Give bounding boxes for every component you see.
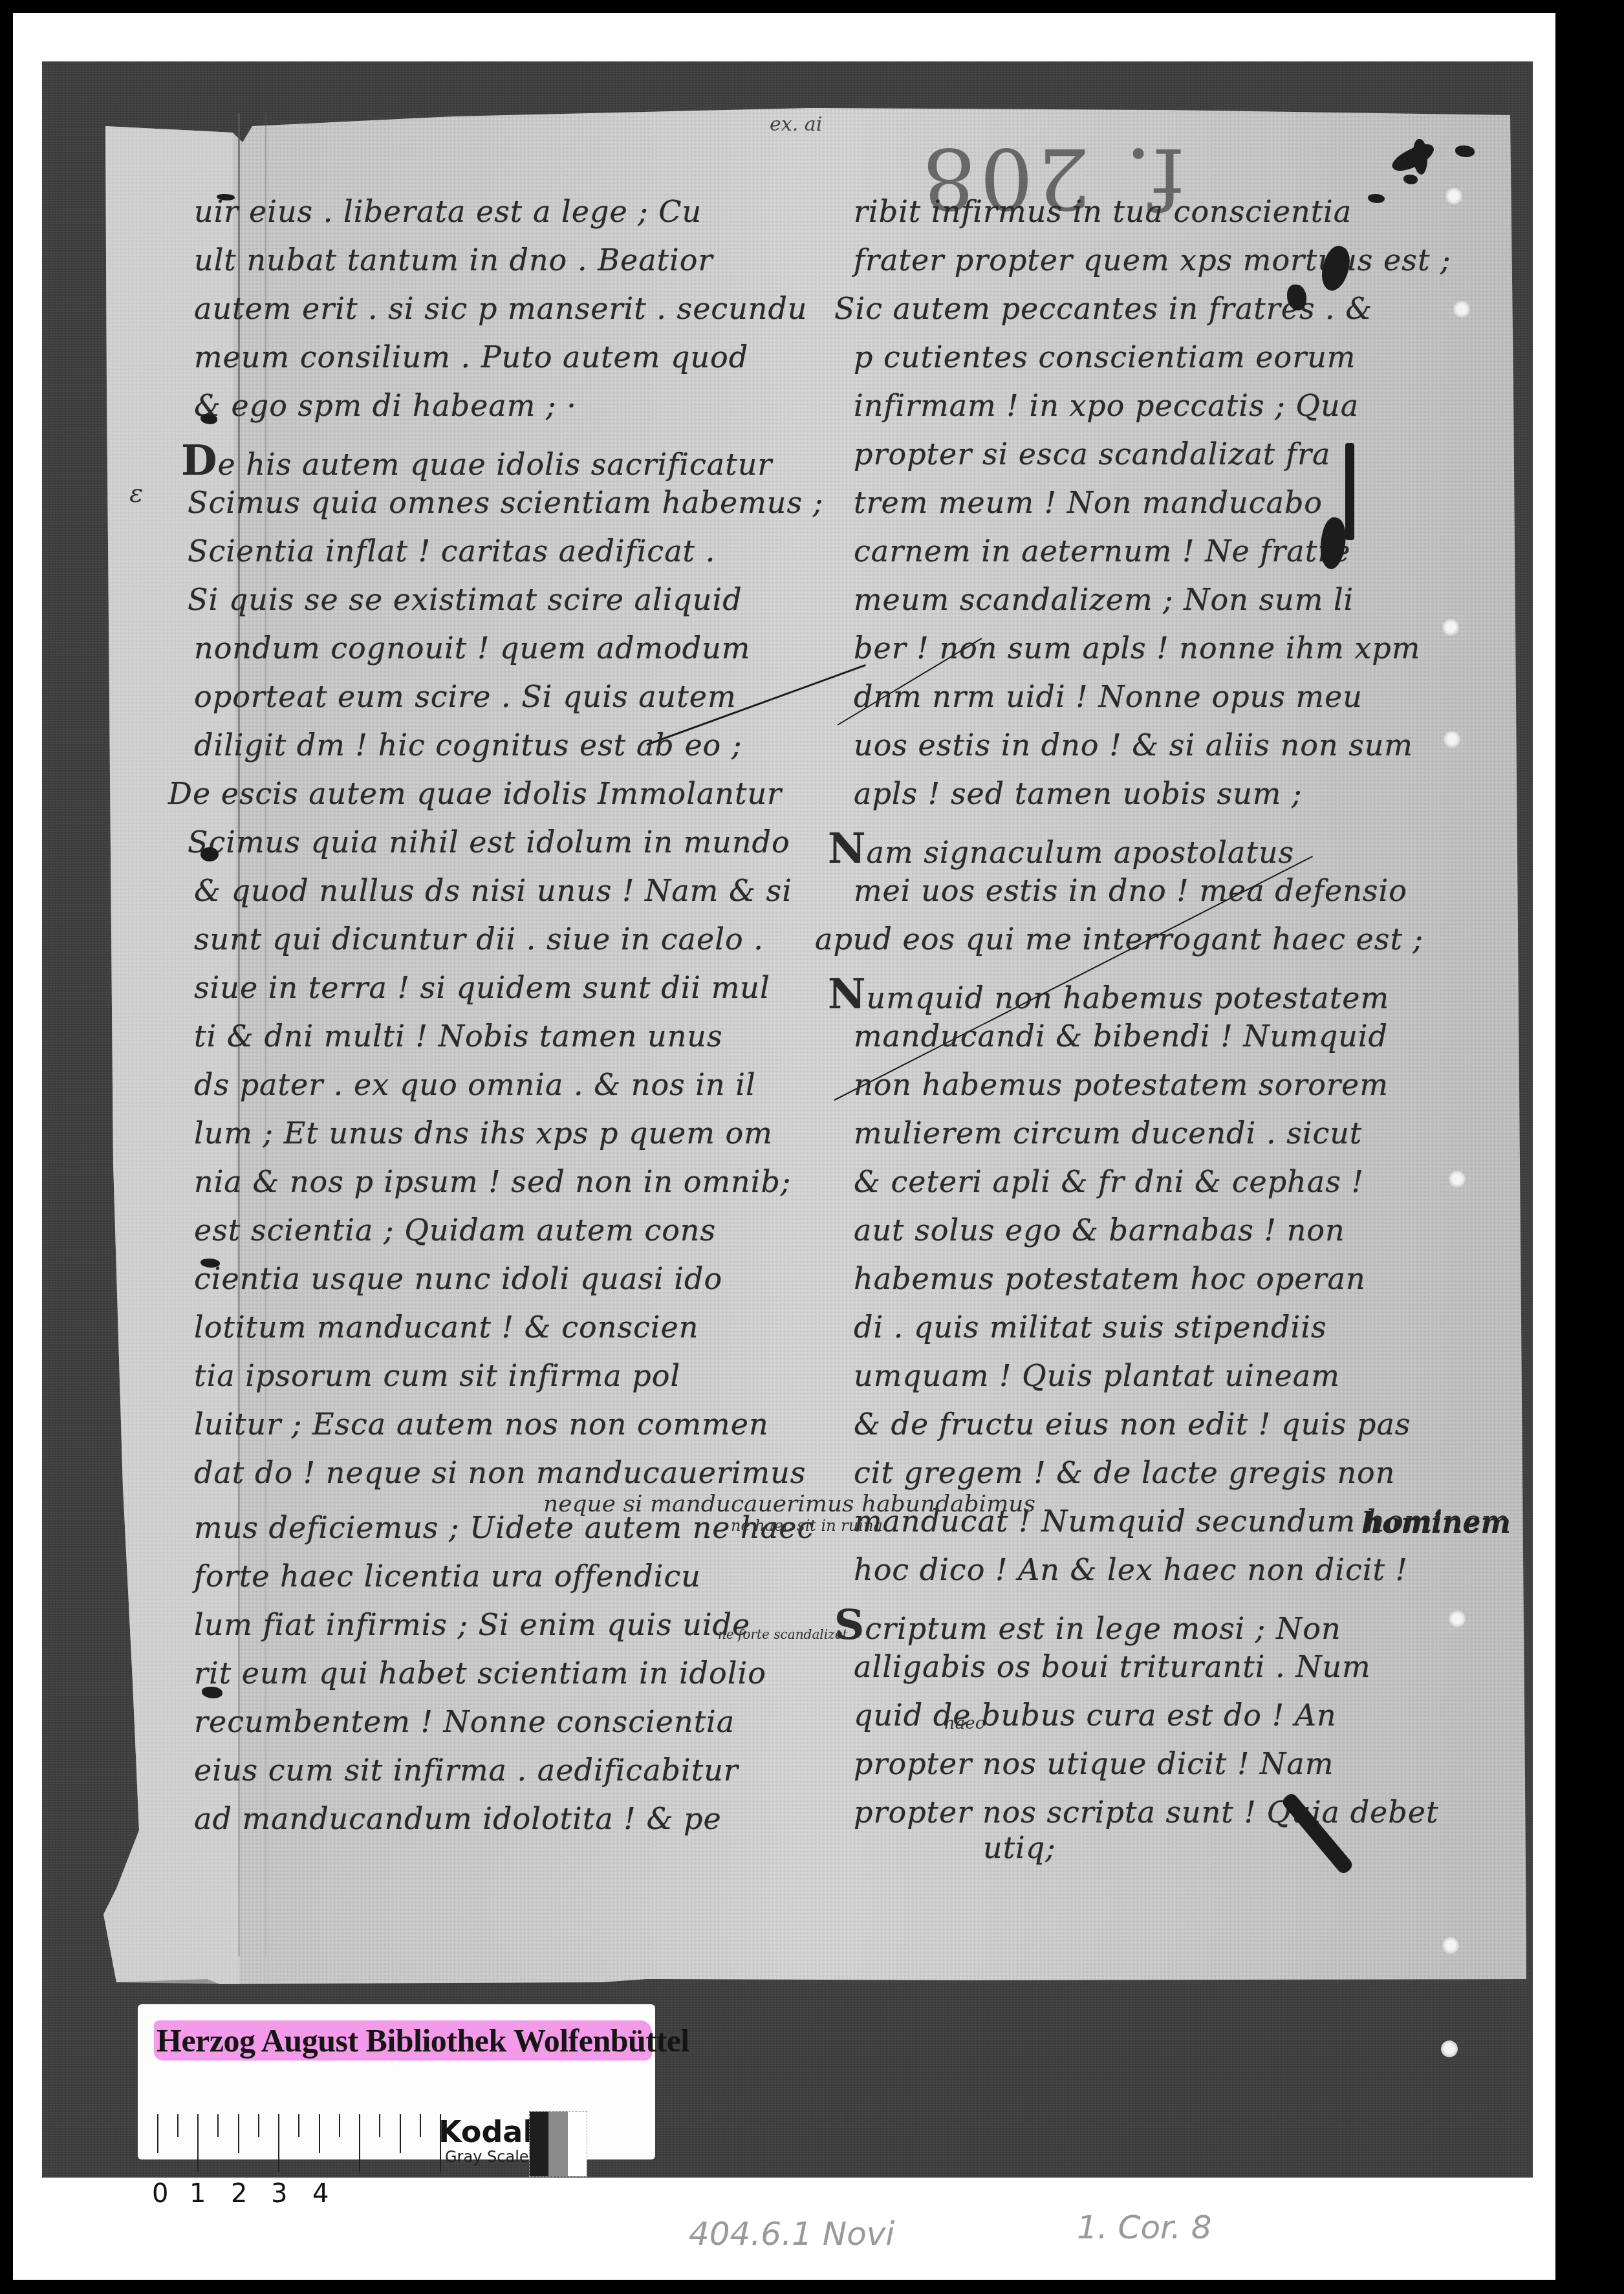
text-line: dnm nrm uidi ! Nonne opus meu xyxy=(854,679,1363,714)
interlinear-gloss: haec xyxy=(944,1714,984,1733)
text-line: & quod nullus ds nisi unus ! Nam & si xyxy=(194,873,792,908)
grayscale-swatch-mid xyxy=(548,2112,567,2176)
text-line: Scriptum est in lege mosi ; Non xyxy=(834,1601,1341,1649)
text-line: Scientia inflat ! caritas aedificat . xyxy=(188,534,715,568)
text-line: Numquid non habemus potestatem xyxy=(828,970,1389,1019)
text-line: De escis autem quae idolis Immolantur xyxy=(168,776,782,811)
text-line: Nam signaculum apostolatus xyxy=(828,825,1294,873)
text-line: Si quis se se existimat scire aliquid xyxy=(188,582,742,617)
text-line: propter nos scripta sunt ! Quia debet xyxy=(854,1795,1439,1830)
text-line: apls ! sed tamen uobis sum ; xyxy=(854,776,1303,811)
text-line: manducandi & bibendi ! Numquid xyxy=(854,1019,1388,1054)
text-line: ad manducandum idolotita ! & pe xyxy=(194,1801,722,1836)
text-line: siue in terra ! si quidem sunt dii mul xyxy=(194,970,770,1005)
ruler-label: 1 xyxy=(189,2179,206,2209)
text-line: rit eum qui habet scientiam in idolio xyxy=(194,1656,766,1691)
ruler-label: 3 xyxy=(271,2179,287,2209)
left-margin-mark: ε xyxy=(129,479,143,508)
text-line: di . quis militat suis stipendiis xyxy=(854,1310,1327,1345)
ruler-label: 0 xyxy=(152,2179,168,2209)
text-line: aut solus ego & barnabas ! non xyxy=(854,1213,1345,1248)
library-name: Herzog August Bibliothek Wolfenbüttel xyxy=(157,2022,689,2059)
text-line: lum ; Et unus dns ihs xps p quem om xyxy=(194,1116,773,1151)
kodak-logo: Kodak xyxy=(438,2114,543,2149)
ruler-scale: 0 1 2 3 4 xyxy=(157,2114,325,2172)
ink-blot xyxy=(200,847,219,861)
text-line: propter nos utique dicit ! Nam xyxy=(854,1746,1334,1781)
library-name-highlight: Herzog August Bibliothek Wolfenbüttel xyxy=(154,2020,652,2061)
ruler-label: 2 xyxy=(231,2179,247,2209)
right-margin-gloss: hominem xyxy=(1361,1507,1511,1540)
text-line: non habemus potestatem sororem xyxy=(854,1067,1389,1102)
text-line: lotitum manducant ! & conscien xyxy=(194,1310,698,1345)
text-line: Scimus quia omnes scientiam habemus ; xyxy=(188,485,823,520)
ink-blot xyxy=(1345,443,1354,540)
text-line: eius cum sit infirma . aedificabitur xyxy=(194,1753,739,1788)
library-scale-label: Herzog August Bibliothek Wolfenbüttel 0 … xyxy=(138,2004,655,2159)
text-line: uos estis in dno ! & si aliis non sum xyxy=(854,728,1413,763)
text-line: mulierem circum ducendi . sicut xyxy=(854,1116,1362,1151)
text-line: ult nubat tantum in dno . Beatior xyxy=(194,243,713,277)
text-line: autem erit . si sic p manserit . secundu xyxy=(194,291,807,326)
binding-hole xyxy=(1445,188,1462,204)
text-line: propter si esca scandalizat fra xyxy=(854,437,1330,471)
text-line: infirmam ! in xpo peccatis ; Qua xyxy=(854,388,1359,423)
text-line: ti & dni multi ! Nobis tamen unus xyxy=(194,1019,723,1054)
text-line: umquam ! Quis plantat uineam xyxy=(854,1358,1340,1393)
top-margin-mark: ex. ai xyxy=(770,113,822,136)
text-line: tia ipsorum cum sit infirma pol xyxy=(194,1358,680,1393)
binding-hole xyxy=(1453,301,1470,318)
binding-hole xyxy=(1444,731,1460,748)
text-line: sunt qui dicuntur dii . siue in caelo . xyxy=(194,922,764,957)
text-line: cientia usque nunc idoli quasi ido xyxy=(194,1261,722,1296)
text-line: est scientia ; Quidam autem cons xyxy=(194,1213,716,1248)
text-line: hoc dico ! An & lex haec non dicit ! xyxy=(854,1552,1408,1587)
binding-hole xyxy=(1442,619,1459,636)
text-line: Scimus quia nihil est idolum in mundo xyxy=(188,825,790,860)
grayscale-target xyxy=(529,2111,587,2177)
text-line: trem meum ! Non manducabo xyxy=(854,485,1323,520)
text-line: utiq; xyxy=(983,1830,1056,1865)
text-line: ds pater . ex quo omnia . & nos in il xyxy=(194,1067,756,1102)
interlinear-gloss: ne forte scandalizet xyxy=(718,1627,848,1642)
text-line: habemus potestatem hoc operan xyxy=(854,1261,1366,1296)
text-line: p cutientes conscientiam eorum xyxy=(854,340,1356,374)
text-line: ber ! non sum apls ! nonne ihm xpm xyxy=(854,631,1420,665)
binding-hole xyxy=(1441,2040,1458,2057)
interlinear-gloss: ne haec sit in ruina xyxy=(731,1517,883,1535)
text-line: meum scandalizem ; Non sum li xyxy=(854,582,1354,617)
binding-hole xyxy=(1449,1610,1466,1627)
interlinear-gloss: neque si manducauerimus habundabimus xyxy=(543,1491,1035,1517)
text-line: & ego spm di habeam ; · xyxy=(194,388,577,423)
grayscale-swatch-dark xyxy=(530,2112,548,2176)
text-line: luitur ; Esca autem nos non commen xyxy=(194,1407,769,1442)
text-line: meum consilium . Puto autem quod xyxy=(194,340,748,374)
text-line: diligit dm ! hic cognitus est ab eo ; xyxy=(194,728,742,763)
binding-hole xyxy=(1442,1937,1459,1954)
text-line: uir eius . liberata est a lege ; Cu xyxy=(194,194,702,229)
text-line: lum fiat infirmis ; Si enim quis uide xyxy=(194,1607,750,1642)
text-line: forte haec licentia ura offendicu xyxy=(194,1559,701,1594)
biblical-reference-note: 1. Cor. 8 xyxy=(1077,2209,1212,2246)
ink-blot xyxy=(1403,175,1418,184)
text-line: & ceteri apli & fr dni & cephas ! xyxy=(854,1164,1364,1199)
text-line: ribit infirmus in tua conscientia xyxy=(854,194,1352,229)
text-line: recumbentem ! Nonne conscientia xyxy=(194,1704,735,1739)
text-line: De his autem quae idolis sacrificatur xyxy=(181,437,772,485)
ink-blot xyxy=(1413,139,1427,175)
text-line: cit gregem ! & de lacte gregis non xyxy=(854,1455,1395,1490)
text-line: apud eos qui me interrogant haec est ; xyxy=(815,922,1424,957)
text-line: mei uos estis in dno ! mea defensio xyxy=(854,873,1407,908)
kodak-subtitle: Gray Scale xyxy=(445,2148,529,2166)
text-line: nia & nos p ipsum ! sed non in omnib; xyxy=(194,1164,791,1199)
text-line: frater propter quem xps mortuus est ; xyxy=(854,243,1451,277)
text-line: nondum cognouit ! quem admodum xyxy=(194,631,750,665)
ink-blot xyxy=(200,414,217,424)
text-line: & de fructu eius non edit ! quis pas xyxy=(854,1407,1411,1442)
text-line: quid de bubus cura est do ! An xyxy=(854,1698,1337,1733)
text-line: dat do ! neque si non manducauerimus xyxy=(194,1455,806,1490)
ruler-label: 4 xyxy=(312,2179,329,2209)
grayscale-swatch-light xyxy=(568,2112,587,2176)
text-line: alligabis os boui trituranti . Num xyxy=(854,1649,1371,1684)
text-line: carnem in aeternum ! Ne fratre xyxy=(854,534,1350,568)
text-line: oporteat eum scire . Si quis autem xyxy=(194,679,737,714)
binding-hole xyxy=(1449,1171,1466,1187)
shelfmark-note: 404.6.1 Novi xyxy=(689,2215,894,2253)
ink-blot xyxy=(1368,194,1385,203)
